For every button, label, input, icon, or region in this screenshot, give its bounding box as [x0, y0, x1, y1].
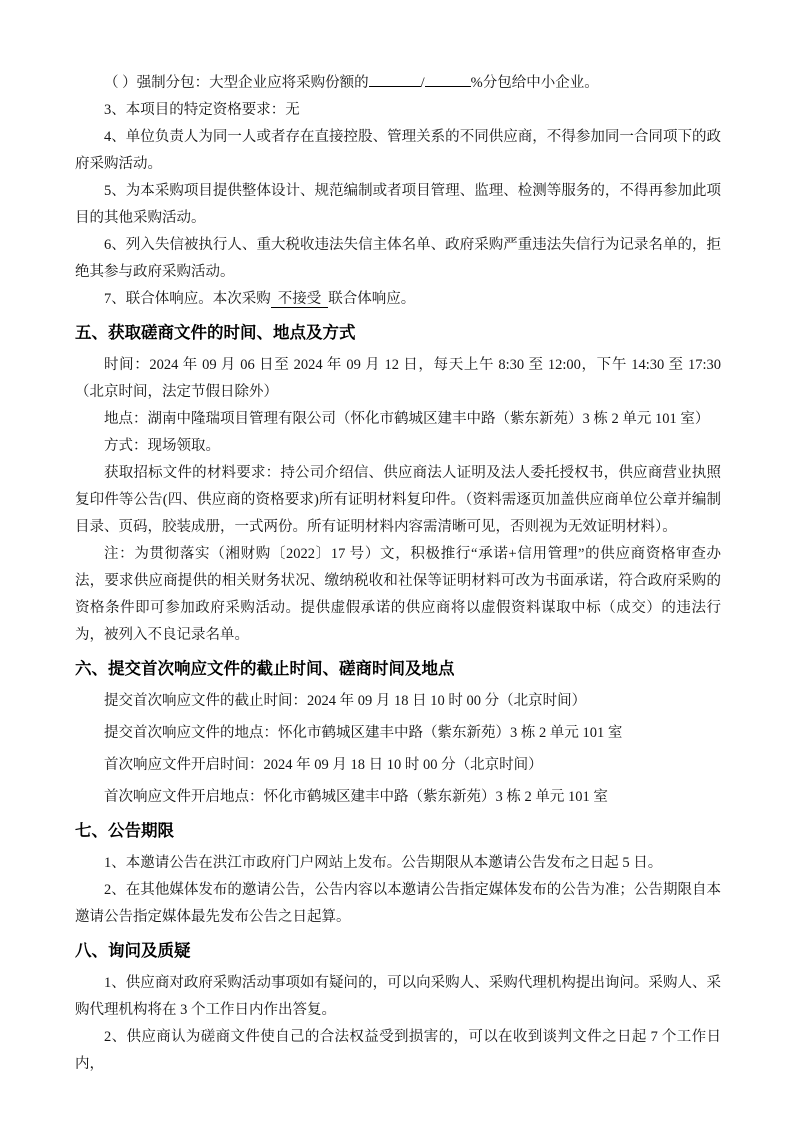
submission-deadline-time: 提交首次响应文件的截止时间：2024 年 09 月 18 日 10 时 00 分…	[75, 688, 721, 715]
obtain-method: 方式：现场领取。	[75, 433, 721, 460]
clause-dishonesty-list: 6、列入失信被执行人、重大税收违法失信主体名单、政府采购严重违法失信行为记录名单…	[75, 232, 721, 286]
obtain-material-requirements: 获取招标文件的材料要求：持公司介绍信、供应商法人证明及法人委托授权书，供应商营业…	[75, 460, 721, 541]
opening-place: 首次响应文件开启地点：怀化市鹤城区建丰中路（紫东新苑）3 栋 2 单元 101 …	[75, 784, 721, 811]
clause-forced-subcontract: （ ）强制分包：大型企业应将采购份额的/%分包给中小企业。	[75, 70, 721, 97]
obtain-time: 时间：2024 年 09 月 06 日至 2024 年 09 月 12 日，每天…	[75, 352, 721, 406]
clause-same-responsible-person: 4、单位负责人为同一人或者存在直接控股、管理关系的不同供应商，不得参加同一合同项…	[75, 124, 721, 178]
clause-consortium-pre: 7、联合体响应。本次采购	[104, 291, 271, 307]
document-body: （ ）强制分包：大型企业应将采购份额的/%分包给中小企业。 3、本项目的特定资格…	[75, 70, 721, 1078]
clause-design-service-restriction: 5、为本采购项目提供整体设计、规范编制或者项目管理、监理、检测等服务的，不得再参…	[75, 178, 721, 232]
clause-consortium-response: 7、联合体响应。本次采购不接受联合体响应。	[75, 286, 721, 313]
document-page: （ ）强制分包：大型企业应将采购份额的/%分包给中小企业。 3、本项目的特定资格…	[0, 0, 793, 1122]
section-heading-obtain-documents: 五、获取磋商文件的时间、地点及方式	[75, 318, 721, 348]
consortium-not-accepted-field: 不接受	[271, 291, 329, 308]
section-heading-submission-deadline: 六、提交首次响应文件的截止时间、磋商时间及地点	[75, 654, 721, 684]
submission-place: 提交首次响应文件的地点：怀化市鹤城区建丰中路（紫东新苑）3 栋 2 单元 101…	[75, 720, 721, 747]
announcement-period-item1: 1、本邀请公告在洪江市政府门户网站上发布。公告期限从本邀请公告发布之日起 5 日…	[75, 850, 721, 877]
clause-forced-subcontract-pre: （ ）强制分包：大型企业应将采购份额的	[104, 75, 369, 91]
section-heading-announcement-period: 七、公告期限	[75, 816, 721, 846]
clause-forced-subcontract-post: %分包给中小企业。	[471, 75, 599, 91]
inquiry-item2: 2、供应商认为磋商文件使自己的合法权益受到损害的，可以在收到谈判文件之日起 7 …	[75, 1024, 721, 1078]
inquiry-item1: 1、供应商对政府采购活动事项如有疑问的，可以向采购人、采购代理机构提出询问。采购…	[75, 970, 721, 1024]
blank-underline-field	[425, 72, 471, 88]
blank-underline-field	[369, 72, 421, 88]
obtain-note: 注：为贯彻落实（湘财购〔2022〕17 号）文，积极推行“承诺+信用管理”的供应…	[75, 541, 721, 649]
obtain-place: 地点：湖南中隆瑞项目管理有限公司（怀化市鹤城区建丰中路（紫东新苑）3 栋 2 单…	[75, 406, 721, 433]
announcement-period-item2: 2、在其他媒体发布的邀请公告，公告内容以本邀请公告指定媒体发布的公告为准；公告期…	[75, 877, 721, 931]
clause-specific-qualification: 3、本项目的特定资格要求：无	[75, 97, 721, 124]
opening-time: 首次响应文件开启时间：2024 年 09 月 18 日 10 时 00 分（北京…	[75, 752, 721, 779]
clause-consortium-post: 联合体响应。	[328, 291, 415, 307]
section-heading-inquiry-challenge: 八、询问及质疑	[75, 936, 721, 966]
